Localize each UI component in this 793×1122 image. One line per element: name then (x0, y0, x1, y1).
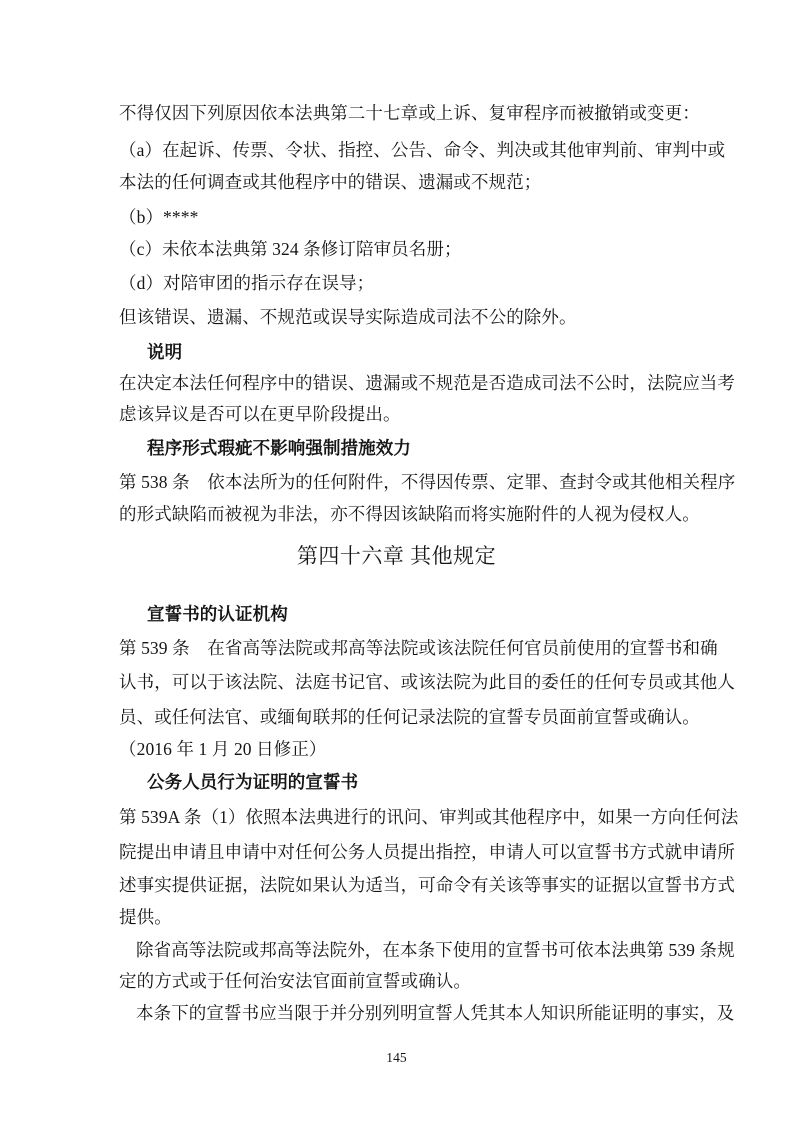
text-line: 院提出申请且申请中对任何公务人员提出指控，申请人可以宣誓书方式就申请所 (119, 841, 735, 864)
list-item-b: （b）**** (119, 206, 198, 229)
text-line: 第 538 条 依本法所为的任何附件，不得因传票、定罪、查封令或其他相关程序 (119, 471, 735, 494)
chapter-heading: 第四十六章 其他规定 (0, 545, 793, 568)
list-item-c: （c）未依本法典第 324 条修订陪审员名册； (119, 238, 462, 261)
text-line: 第 539 条 在省高等法院或邦高等法院或该法院任何官员前使用的宣誓书和确 (119, 637, 718, 660)
text-line: 第 539A 条（1）依照本法典进行的讯问、审判或其他程序中，如果一方向任何法 (119, 806, 738, 829)
document-page: 不得仅因下列原因依本法典第二十七章或上诉、复审程序而被撤销或变更： （a）在起诉… (0, 0, 793, 1122)
text-line: 除省高等法院或邦高等法院外，在本条下使用的宣誓书可依本法典第 539 条规 (136, 939, 735, 962)
text-line: 员、或任何法官、或缅甸联邦的任何记录法院的宣誓专员面前宣誓或确认。 (119, 706, 700, 729)
text-line: 虑该异议是否可以在更早阶段提出。 (119, 403, 401, 426)
page-number: 145 (0, 1046, 793, 1069)
section-539a-heading: 公务人员行为证明的宣誓书 (147, 771, 358, 794)
text-line: 定的方式或于任何治安法官面前宣誓或确认。 (119, 970, 471, 993)
text-line: 认书，可以于该法院、法庭书记官、或该法院为此目的委任的任何专员或其他人 (119, 671, 735, 694)
note-heading: 说明 (147, 341, 182, 364)
text-line: 提供。 (119, 906, 172, 929)
text-line: 述事实提供证据，法院如果认为适当，可命令有关该等事实的证据以宣誓书方式 (119, 874, 735, 897)
text-line: 的形式缺陷而被视为非法，亦不得因该缺陷而将实施附件的人视为侵权人。 (119, 503, 700, 526)
amendment-note-line: （2016 年 1 月 20 日修正） (119, 738, 327, 761)
list-item-a: （a）在起诉、传票、令状、指控、公告、命令、判决或其他审判前、审判中或 (119, 139, 725, 162)
list-item-d: （d）对陪审团的指示存在误导； (119, 272, 374, 295)
text-line: 本法的任何调查或其他程序中的错误、遗漏或不规范； (119, 171, 541, 194)
section-539-heading: 宣誓书的认证机构 (147, 603, 288, 626)
text-line: 在决定本法任何程序中的错误、遗漏或不规范是否造成司法不公时，法院应当考 (119, 372, 735, 395)
text-line: 不得仅因下列原因依本法典第二十七章或上诉、复审程序而被撤销或变更： (119, 102, 700, 125)
text-line: 但该错误、遗漏、不规范或误导实际造成司法不公的除外。 (119, 306, 577, 329)
text-line: 本条下的宣誓书应当限于并分别列明宣誓人凭其本人知识所能证明的事实，及 (136, 1002, 734, 1025)
section-538-heading: 程序形式瑕疵不影响强制措施效力 (147, 437, 411, 460)
